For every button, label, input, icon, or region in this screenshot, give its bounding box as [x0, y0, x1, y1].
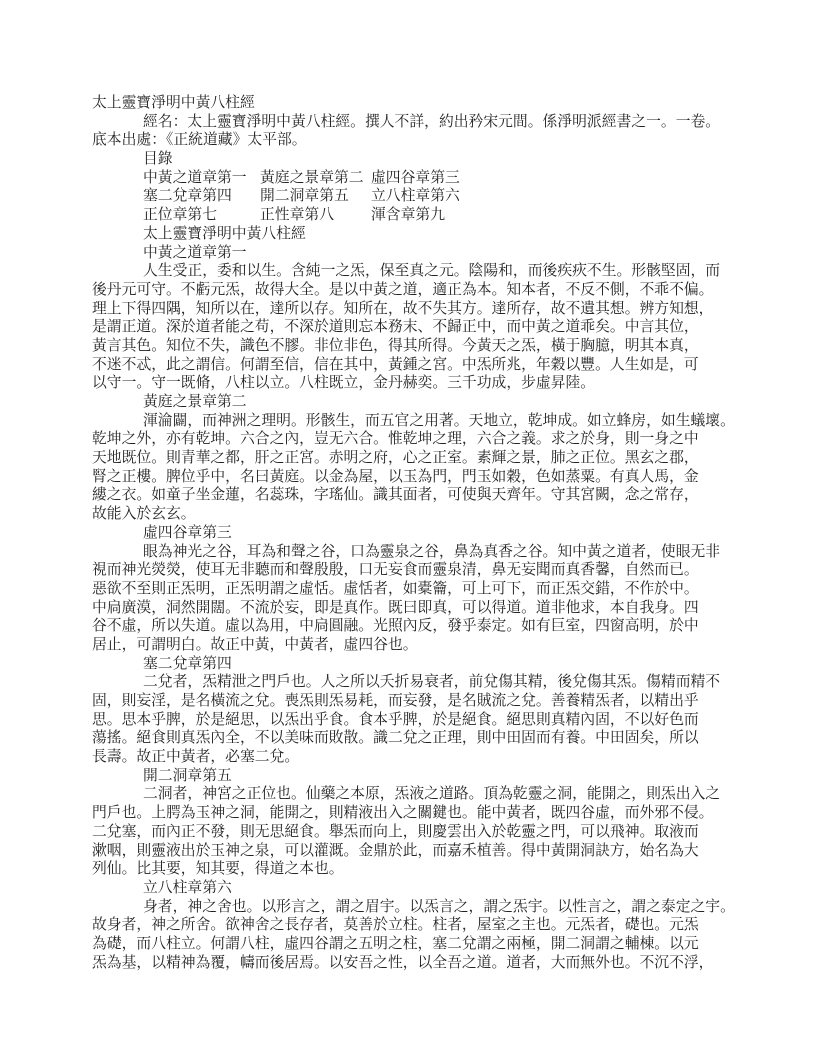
- chapter-heading: 中黃之道章第一: [92, 244, 740, 263]
- body-line: 長壽。故正中黃者，必塞二兌。: [92, 748, 740, 767]
- body-line: 谷不虛，所以失道。虛以為用，中扃圓融。光照內反，發乎泰定。如有巨室，四窗高明，於…: [92, 617, 740, 636]
- toc-entry: 渾含章第九: [371, 206, 445, 225]
- body-line: 列仙。比其要，知其要，得道之本也。: [92, 860, 740, 879]
- chapter-heading: 黃庭之景章第二: [92, 393, 740, 412]
- toc-entry: 黃庭之景章第二: [260, 169, 371, 188]
- body-line: 腎之正樓。脾位乎中，名曰黃庭。以金為屋，以玉為門，門玉如穀，色如蒸粟。有真人馬，…: [92, 468, 740, 487]
- colophon-line: 經名：太上靈寶淨明中黃八柱經。撰人不詳，約出矜宋元間。係淨明派經書之一。一卷。: [92, 113, 740, 132]
- body-line: 身者，神之舍也。以形言之，謂之眉宇。以炁言之，謂之炁宇。以性言之，謂之泰定之宇。: [92, 898, 740, 917]
- colophon-line: 底本出處：《正統道藏》太平部。: [92, 131, 740, 150]
- body-line: 居止，可謂明白。故正中黃，中黃者，虛四谷也。: [92, 636, 740, 655]
- body-line: 以守一。守一既脩，八柱以立。八柱既立，金丹赫奕。三千功成，步虛昇陸。: [92, 374, 740, 393]
- body-line: 漱咽，則靈液出於玉神之泉，可以灌溉。金鼎於此，而嘉禾植善。得中黃開洞訣方，始名為…: [92, 842, 740, 861]
- toc-entry: 塞二兌章第四: [143, 187, 260, 206]
- toc-row: 中黃之道章第一黃庭之景章第二虛四谷章第三: [92, 169, 740, 188]
- body-line: 是謂正道。深於道者能之苟，不深於道則忘本務末、不歸正中，而中黃之道乖矣。中言其位…: [92, 318, 740, 337]
- chapter-heading: 虛四谷章第三: [92, 524, 740, 543]
- toc-entry: 虛四谷章第三: [371, 169, 460, 188]
- document-page: 太上靈寶淨明中黃八柱經經名：太上靈寶淨明中黃八柱經。撰人不詳，約出矜宋元間。係淨…: [0, 0, 816, 1056]
- chapter-heading: 太上靈寶淨明中黃八柱經: [92, 225, 740, 244]
- body-line: 縷之衣。如童子坐金蓮，名蕊珠，字瑤仙。識其面者，可使與天齊年。守其宮闕，念之常存…: [92, 486, 740, 505]
- toc-label: 目錄: [92, 150, 740, 169]
- chapter-heading: 開二洞章第五: [92, 767, 740, 786]
- doc-title-line: 太上靈寶淨明中黃八柱經: [92, 94, 740, 113]
- body-line: 蕩搖。絕食則真炁內全，不以美味而敗散。識二兌之正理，則中田固而有養。中田固矣，所…: [92, 729, 740, 748]
- chapter-heading: 立八柱章第六: [92, 879, 740, 898]
- body-line: 二兌者，炁精泄之門戶也。人之所以夭折易衰者，前兌傷其精，後兌傷其炁。傷精而精不: [92, 673, 740, 692]
- body-line: 門戶也。上腭為玉神之洞，能開之，則精液出入之關鍵也。能中黃者，既四谷虛，而外邪不…: [92, 804, 740, 823]
- toc-entry: 開二洞章第五: [260, 187, 371, 206]
- body-line: 黃言其色。知位不失，識色不膠。非位非色，得其所得。今黃天之炁，橫于胸臆，明其本真…: [92, 337, 740, 356]
- body-line: 故能入於玄玄。: [92, 505, 740, 524]
- body-line: 理上下得四隅，知所以在，達所以存。知所在，故不失其方。達所存，故不遺其想。辨方知…: [92, 300, 740, 319]
- body-line: 固，則妄淫，是名橫流之兌。喪炁則炁易耗，而妄發，是名賊流之兌。善養精炁者，以精出…: [92, 692, 740, 711]
- toc-entry: 正性章第八: [260, 206, 371, 225]
- toc-row: 正位章第七正性章第八渾含章第九: [92, 206, 740, 225]
- toc-entry: 中黃之道章第一: [143, 169, 260, 188]
- body-line: 乾坤之外，亦有乾坤。六合之內，豈无六合。惟乾坤之理，六合之義。求之於身，則一身之…: [92, 430, 740, 449]
- body-line: 惡欲不至則正炁明，正炁明謂之虛恬。虛恬者，如橐籥，可上可下，而正炁交錯，不作於中…: [92, 580, 740, 599]
- body-line: 炁為基，以精神為覆，幬而後居焉。以安吾之性，以全吾之道。道者，大而無外也。不沉不…: [92, 954, 740, 973]
- toc-entry: 正位章第七: [143, 206, 260, 225]
- body-line: 二兌塞，而內正不發，則无思絕食。舉炁而向上，則慶雲出入於乾靈之門，可以飛神。取液…: [92, 823, 740, 842]
- toc-entry: 立八柱章第六: [371, 187, 460, 206]
- toc-row: 塞二兌章第四開二洞章第五立八柱章第六: [92, 187, 740, 206]
- body-line: 天地既位。則青華之都，肝之正宮。赤明之府，心之正室。素輝之景，肺之正位。黑玄之郡…: [92, 449, 740, 468]
- document-content: 太上靈寶淨明中黃八柱經經名：太上靈寶淨明中黃八柱經。撰人不詳，約出矜宋元間。係淨…: [92, 94, 740, 972]
- body-line: 後丹元可守。不虧元炁，故得大全。是以中黃之道，適正為本。知本者，不反不側，不乖不…: [92, 281, 740, 300]
- body-line: 為礎，而八柱立。何謂八柱，虛四谷謂之五明之柱，塞二兌謂之兩極，開二洞謂之輔棟。以…: [92, 935, 740, 954]
- body-line: 故身者，神之所舍。欲神舍之長存者，莫善於立柱。柱者，屋室之主也。元炁者，礎也。元…: [92, 916, 740, 935]
- body-line: 不迷不忒，此之謂信。何謂至信，信在其中，黃鍾之宮。中炁所兆，年穀以豐。人生如是，…: [92, 356, 740, 375]
- body-line: 視而神光熒熒，使耳无非聽而和聲殷殷，口无妄食而靈泉清，鼻无妄聞而真香馨，自然而已…: [92, 561, 740, 580]
- body-line: 人生受正，委和以生。含純一之炁，保至真之元。陰陽和，而後疾疢不生。形骸堅固，而: [92, 262, 740, 281]
- body-line: 中扃廣漠，洞然開闊。不流於妄，即是真作。既曰即真，可以得道。道非他求，本自我身。…: [92, 599, 740, 618]
- chapter-heading: 塞二兌章第四: [92, 655, 740, 674]
- body-line: 思。思本乎脾，於是絕思，以炁出乎食。食本乎脾，於是絕食。絕思則真精內固，不以好色…: [92, 711, 740, 730]
- body-line: 眼為神光之谷，耳為和聲之谷，口為靈泉之谷，鼻為真香之谷。知中黃之道者，使眼无非: [92, 543, 740, 562]
- body-line: 二洞者，神宮之正位也。仙藥之本原，炁液之道路。頂為乾靈之洞，能開之，則炁出入之: [92, 785, 740, 804]
- body-line: 渾淪闢，而神洲之理明。形骸生，而五官之用著。天地立，乾坤成。如立蜂房，如生蟻壞。: [92, 412, 740, 431]
